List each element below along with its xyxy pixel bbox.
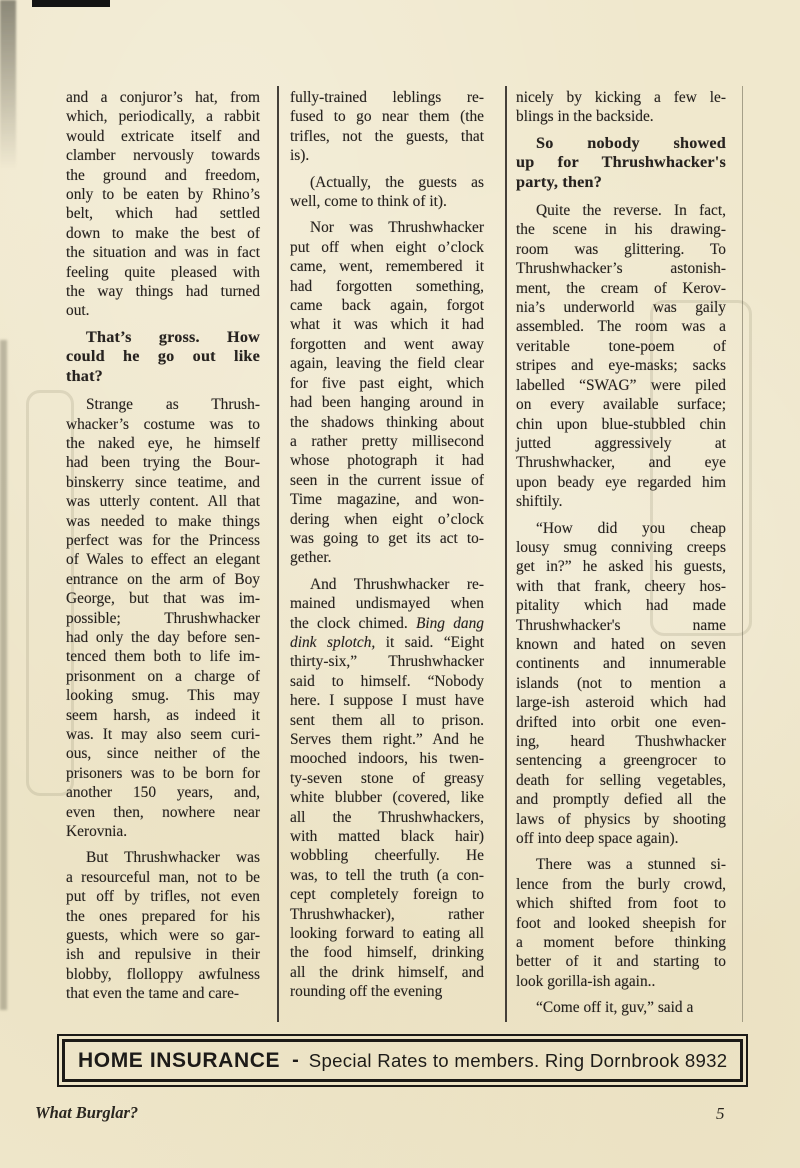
paragraph: nicely by kicking a few le-blings in the…	[516, 88, 726, 127]
text-line: (Actually, the guests as	[290, 173, 484, 192]
text-line: whose photograph it had	[290, 451, 484, 470]
text-line: white blubber (covered, like	[290, 788, 484, 807]
text-line: blings in the backside.	[516, 107, 726, 126]
text-line: a moment before thinking	[516, 933, 726, 952]
scanned-page: and a conjuror’s hat, fromwhich, periodi…	[0, 0, 800, 1168]
text-line: nia’s underworld was gaily	[516, 298, 726, 317]
text-line: “Come off it, guv,” said a	[516, 998, 726, 1017]
paragraph: “How did you cheaplousy smug conniving c…	[516, 519, 726, 849]
text-line: get in?” he asked his guests,	[516, 557, 726, 576]
text-line: pitality which had made	[516, 596, 726, 615]
text-line: the clock chimed. Bing dang	[290, 614, 484, 633]
text-line: There was a stunned si-	[516, 855, 726, 874]
text-line: binskerry since teatime, and	[66, 473, 260, 492]
text-line: the way things had turned	[66, 282, 260, 301]
paragraph: Quite the reverse. In fact,the scene in …	[516, 201, 726, 512]
text-line: was going to get its act to-	[290, 529, 484, 548]
question-heading: So nobody showedup for Thrushwhacker'spa…	[516, 134, 726, 192]
text-line: seen in the current issue of	[290, 471, 484, 490]
paragraph: And Thrushwhacker re-mained undismayed w…	[290, 575, 484, 1002]
text-line: room was glittering. To	[516, 240, 726, 259]
article-column-1: and a conjuror’s hat, fromwhich, periodi…	[66, 88, 260, 1011]
text-line: out.	[66, 301, 260, 320]
text-line: upon beady eye regarded him	[516, 473, 726, 492]
text-line: feeling quite pleased with	[66, 263, 260, 282]
text-line: dink splotch, it said. “Eight	[290, 633, 484, 652]
text-line: labelled “SWAG” were piled	[516, 376, 726, 395]
text-line: guests, which were so gar-	[66, 926, 260, 945]
text-line: mooched indoors, his twen-	[290, 749, 484, 768]
text-line: jutted aggressively at	[516, 434, 726, 453]
text-line: mained undismayed when	[290, 594, 484, 613]
text-line: tenced them both to life im-	[66, 647, 260, 666]
text-line: laws of physics by shooting	[516, 810, 726, 829]
advert-title: HOME INSURANCE	[78, 1049, 280, 1073]
text-line: blobby, flolloppy awfulness	[66, 965, 260, 984]
text-line: with matted black hair)	[290, 827, 484, 846]
text-line: lousy smug conniving creeps	[516, 538, 726, 557]
text-line: Quite the reverse. In fact,	[516, 201, 726, 220]
text-line: looking forward to eating all	[290, 924, 484, 943]
text-line: and promptly defied all the	[516, 790, 726, 809]
advert-text: Special Rates to members. Ring Dornbrook…	[309, 1050, 728, 1072]
magazine-title: What Burglar?	[35, 1103, 138, 1123]
text-line: had forgotten something,	[290, 277, 484, 296]
text-line: sent them all to prison.	[290, 711, 484, 730]
paragraph: There was a stunned si-lence from the bu…	[516, 855, 726, 991]
text-line: Time magazine, and won-	[290, 490, 484, 509]
text-line: forgotten and went away	[290, 335, 484, 354]
text-line: shiftily.	[516, 492, 726, 511]
text-line: Thrushwhacker), rather	[290, 905, 484, 924]
text-line: rounding off the evening	[290, 982, 484, 1001]
text-line: looking smug. This may	[66, 686, 260, 705]
text-line: ment, the cream of Kerov-	[516, 279, 726, 298]
text-line: Serves them right.” And he	[290, 730, 484, 749]
text-line: down to make the best of	[66, 224, 260, 243]
text-line: the ones prepared for his	[66, 907, 260, 926]
column-rule-2	[505, 86, 507, 1022]
text-line: which, periodically, a rabbit	[66, 107, 260, 126]
text-line: that?	[66, 367, 260, 386]
text-line: Thrushwhacker, and eye	[516, 453, 726, 472]
text-line: And Thrushwhacker re-	[290, 575, 484, 594]
text-line: stripes and eye-masks; sacks	[516, 356, 726, 375]
text-line: a resourceful man, not to be	[66, 868, 260, 887]
text-line: prisonment on a charge of	[66, 667, 260, 686]
text-line: with that frank, cheery hos-	[516, 577, 726, 596]
text-line: Strange as Thrush-	[66, 395, 260, 414]
text-line: off into deep space again).	[516, 829, 726, 848]
scan-artifact-top-bar	[32, 0, 110, 7]
text-line: up for Thrushwhacker's	[516, 153, 726, 172]
article-column-2: fully-trained leblings re-fused to go ne…	[290, 88, 484, 1009]
article-column-3: nicely by kicking a few le-blings in the…	[516, 88, 726, 1025]
page-number: 5	[716, 1104, 725, 1124]
text-line: for five past eight, which	[290, 374, 484, 393]
text-line: even then, nowhere near	[66, 803, 260, 822]
paragraph: (Actually, the guests aswell, come to th…	[290, 173, 484, 212]
text-line: only to be eaten by Rhino’s	[66, 185, 260, 204]
column-rule-1	[277, 86, 279, 1022]
text-line: well, come to think of it).	[290, 192, 484, 211]
text-line: here. I suppose I must have	[290, 691, 484, 710]
question-heading: That’s gross. Howcould he go out liketha…	[66, 328, 260, 386]
text-line: clamber nervously towards	[66, 146, 260, 165]
text-line: all the drink himself, and	[290, 963, 484, 982]
text-line: the shadows thinking about	[290, 413, 484, 432]
text-line: was. It may also seem curi-	[66, 725, 260, 744]
text-line: sentencing a greengrocer to	[516, 751, 726, 770]
text-line: had been hanging around in	[290, 393, 484, 412]
text-line: George, but that was im-	[66, 589, 260, 608]
text-line: fully-trained leblings re-	[290, 88, 484, 107]
text-line: is).	[290, 146, 484, 165]
text-line: thirty-six,” Thrushwhacker	[290, 652, 484, 671]
text-line: put off when eight o’clock	[290, 238, 484, 257]
text-line: another 150 years, and,	[66, 783, 260, 802]
text-line: fused to go near them (the	[290, 107, 484, 126]
text-line: “How did you cheap	[516, 519, 726, 538]
text-line: and a conjuror’s hat, from	[66, 88, 260, 107]
text-line: entrance on the arm of Boy	[66, 570, 260, 589]
text-line: Thrushwhacker’s astonish-	[516, 259, 726, 278]
text-line: which shifted from foot to	[516, 894, 726, 913]
text-line: the ground and freedom,	[66, 166, 260, 185]
text-line: gether.	[290, 548, 484, 567]
text-line: party, then?	[516, 173, 726, 192]
text-line: the naked eye, he himself	[66, 434, 260, 453]
paragraph: and a conjuror’s hat, fromwhich, periodi…	[66, 88, 260, 321]
text-line: put off by trifles, not even	[66, 887, 260, 906]
text-line: cept completely foreign to	[290, 885, 484, 904]
text-line: nicely by kicking a few le-	[516, 88, 726, 107]
text-line: of Wales to effect an elegant	[66, 550, 260, 569]
text-line: Nor was Thrushwhacker	[290, 218, 484, 237]
text-line: was, to tell the truth (a con-	[290, 866, 484, 885]
text-line: foot and looked sheepish for	[516, 914, 726, 933]
text-line: was needed to make things	[66, 512, 260, 531]
paragraph: Strange as Thrush-whacker’s costume was …	[66, 395, 260, 841]
article-body: and a conjuror’s hat, fromwhich, periodi…	[0, 86, 800, 1036]
text-line: that even the tame and care-	[66, 984, 260, 1003]
text-line: Thrushwhacker's name	[516, 616, 726, 635]
text-line: But Thrushwhacker was	[66, 848, 260, 867]
text-line: came, went, remembered it	[290, 257, 484, 276]
text-line: could he go out like	[66, 347, 260, 366]
text-line: better of it and starting to	[516, 952, 726, 971]
text-line: ous, since neither of the	[66, 744, 260, 763]
advert-inner-border: HOME INSURANCE - Special Rates to member…	[62, 1039, 743, 1082]
text-line: ing, heard Thushwhacker	[516, 732, 726, 751]
text-line: a rather pretty millisecond	[290, 432, 484, 451]
text-line: lence from the burly crowd,	[516, 875, 726, 894]
paragraph: “Come off it, guv,” said a	[516, 998, 726, 1017]
text-line: again, leaving the field clear	[290, 354, 484, 373]
text-line: the food himself, drinking	[290, 943, 484, 962]
text-line: wobbling cheerfully. He	[290, 846, 484, 865]
text-line: belt, which had settled	[66, 204, 260, 223]
text-line: dering when eight o’clock	[290, 510, 484, 529]
column-rule-right	[742, 86, 743, 1022]
paragraph: Nor was Thrushwhackerput off when eight …	[290, 218, 484, 567]
text-line: on every available surface;	[516, 395, 726, 414]
paragraph: fully-trained leblings re-fused to go ne…	[290, 88, 484, 166]
text-line: would extricate itself and	[66, 127, 260, 146]
text-line: chin upon blue-stubbled chin	[516, 415, 726, 434]
text-line: death for selling vegetables,	[516, 771, 726, 790]
text-line: prisoners was to be born for	[66, 764, 260, 783]
text-line: ish and repulsive in their	[66, 945, 260, 964]
text-line: ty-seven stone of greasy	[290, 769, 484, 788]
text-line: had only the day before sen-	[66, 628, 260, 647]
text-line: perfect was for the Princess	[66, 531, 260, 550]
paragraph: But Thrushwhacker wasa resourceful man, …	[66, 848, 260, 1003]
text-line: drifted into orbit one even-	[516, 713, 726, 732]
text-line: veritable tone-poem of	[516, 337, 726, 356]
text-line: all the Thrushwhackers,	[290, 808, 484, 827]
home-insurance-advert: HOME INSURANCE - Special Rates to member…	[57, 1034, 748, 1087]
text-line: Kerovnia.	[66, 822, 260, 841]
text-line: possible; Thrushwhacker	[66, 609, 260, 628]
text-line: what it was which it had	[290, 315, 484, 334]
text-line: continents and innumerable	[516, 654, 726, 673]
advert-separator: -	[292, 1049, 299, 1072]
text-line: had been trying the Bour-	[66, 453, 260, 472]
text-line: came back again, forgot	[290, 296, 484, 315]
text-line: the situation and was in fact	[66, 243, 260, 262]
text-line: large-ish asteroid which had	[516, 693, 726, 712]
text-line: look gorilla-ish again..	[516, 972, 726, 991]
text-line: islands (not to mention a	[516, 674, 726, 693]
text-line: trifles, not the guests, that	[290, 127, 484, 146]
text-line: That’s gross. How	[66, 328, 260, 347]
text-line: So nobody showed	[516, 134, 726, 153]
text-line: assembled. The room was a	[516, 317, 726, 336]
text-line: said to himself. “Nobody	[290, 672, 484, 691]
text-line: the scene in his drawing-	[516, 220, 726, 239]
text-line: whacker’s costume was to	[66, 415, 260, 434]
text-line: was utterly content. All that	[66, 492, 260, 511]
text-line: known and hated on seven	[516, 635, 726, 654]
text-line: seem harsh, as indeed it	[66, 706, 260, 725]
